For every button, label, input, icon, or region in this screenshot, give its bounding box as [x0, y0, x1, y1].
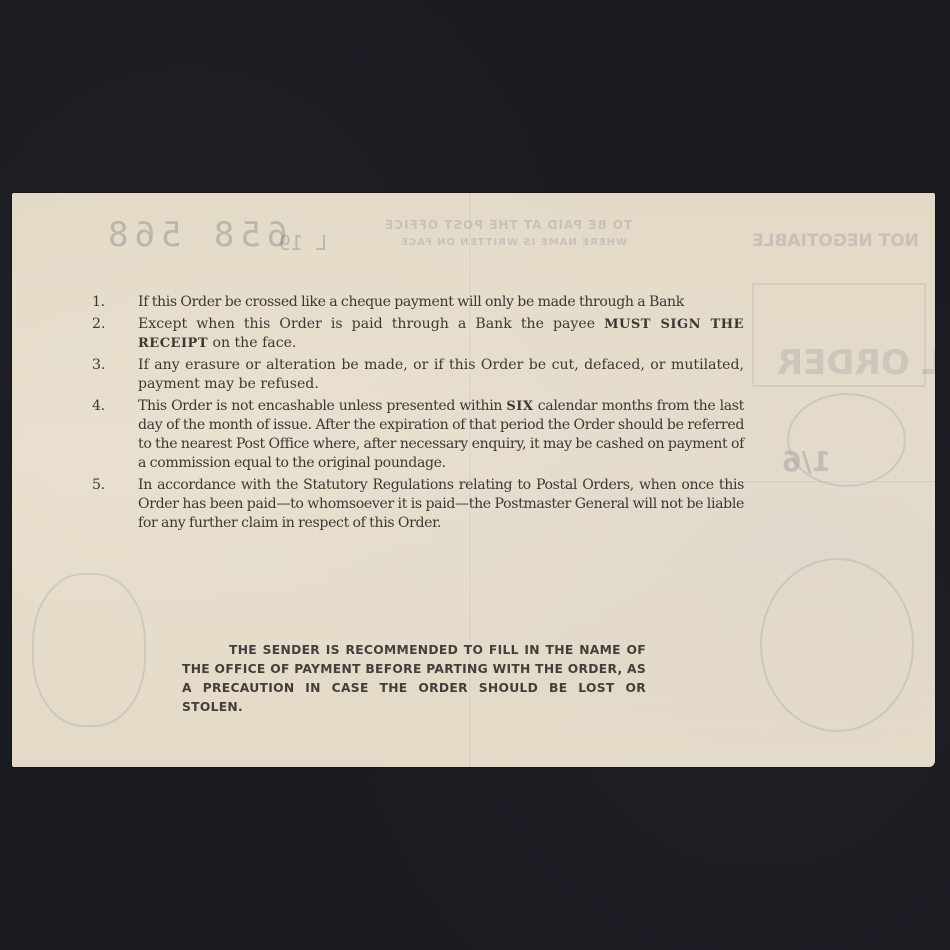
- condition-text-segment: This Order is not encashable unless pres…: [138, 398, 506, 414]
- condition-text-segment: If this Order be crossed like a cheque p…: [138, 294, 684, 310]
- condition-text-segment: If any erasure or alteration be made, or…: [138, 357, 744, 392]
- condition-number: 3.: [92, 356, 114, 375]
- sender-recommendation-notice: THE SENDER IS RECOMMENDED TO FILL IN THE…: [182, 641, 646, 717]
- condition-text: Except when this Order is paid through a…: [138, 316, 744, 351]
- condition-text-segment: on the face.: [208, 335, 296, 351]
- condition-text-segment: In accordance with the Statutory Regulat…: [138, 477, 744, 531]
- condition-number: 5.: [92, 476, 114, 495]
- condition-text: This Order is not encashable unless pres…: [138, 398, 744, 471]
- showthrough-stamp-circle-icon: [760, 558, 914, 732]
- showthrough-frame: [752, 283, 926, 387]
- horizontal-fold-crease: [742, 480, 935, 482]
- condition-text: In accordance with the Statutory Regulat…: [138, 477, 744, 531]
- condition-item: 5. In accordance with the Statutory Regu…: [92, 476, 744, 533]
- postal-order-reverse: 658 568 L 19 TO BE PAID AT THE POST OFFI…: [12, 193, 935, 767]
- condition-item: 3. If any erasure or alteration be made,…: [92, 356, 744, 394]
- condition-number: 2.: [92, 315, 114, 334]
- condition-emphasis: SIX: [506, 399, 533, 414]
- showthrough-amount-value: 1/6: [782, 445, 831, 478]
- showthrough-crest-icon: [787, 393, 906, 487]
- showthrough-not-negotiable: NOT NEGOTIABLE: [752, 231, 919, 251]
- showthrough-header-line-1: TO BE PAID AT THE POST OFFICE: [384, 218, 632, 232]
- condition-text: If any erasure or alteration be made, or…: [138, 357, 744, 392]
- condition-item: 2. Except when this Order is paid throug…: [92, 315, 744, 353]
- showthrough-crown-emblem-icon: [32, 573, 146, 727]
- condition-item: 1. If this Order be crossed like a chequ…: [92, 293, 744, 312]
- condition-text: If this Order be crossed like a cheque p…: [138, 294, 684, 310]
- showthrough-serial-number: 658 568: [102, 215, 287, 255]
- condition-text-segment: Except when this Order is paid through a…: [138, 316, 604, 332]
- showthrough-serial-prefix: L 19: [279, 231, 327, 255]
- condition-item: 4. This Order is not encashable unless p…: [92, 397, 744, 473]
- condition-number: 4.: [92, 397, 114, 416]
- showthrough-header-line-2: WHERE NAME IS WRITTEN ON FACE: [400, 237, 627, 248]
- condition-number: 1.: [92, 293, 114, 312]
- conditions-list: 1. If this Order be crossed like a chequ…: [92, 293, 744, 536]
